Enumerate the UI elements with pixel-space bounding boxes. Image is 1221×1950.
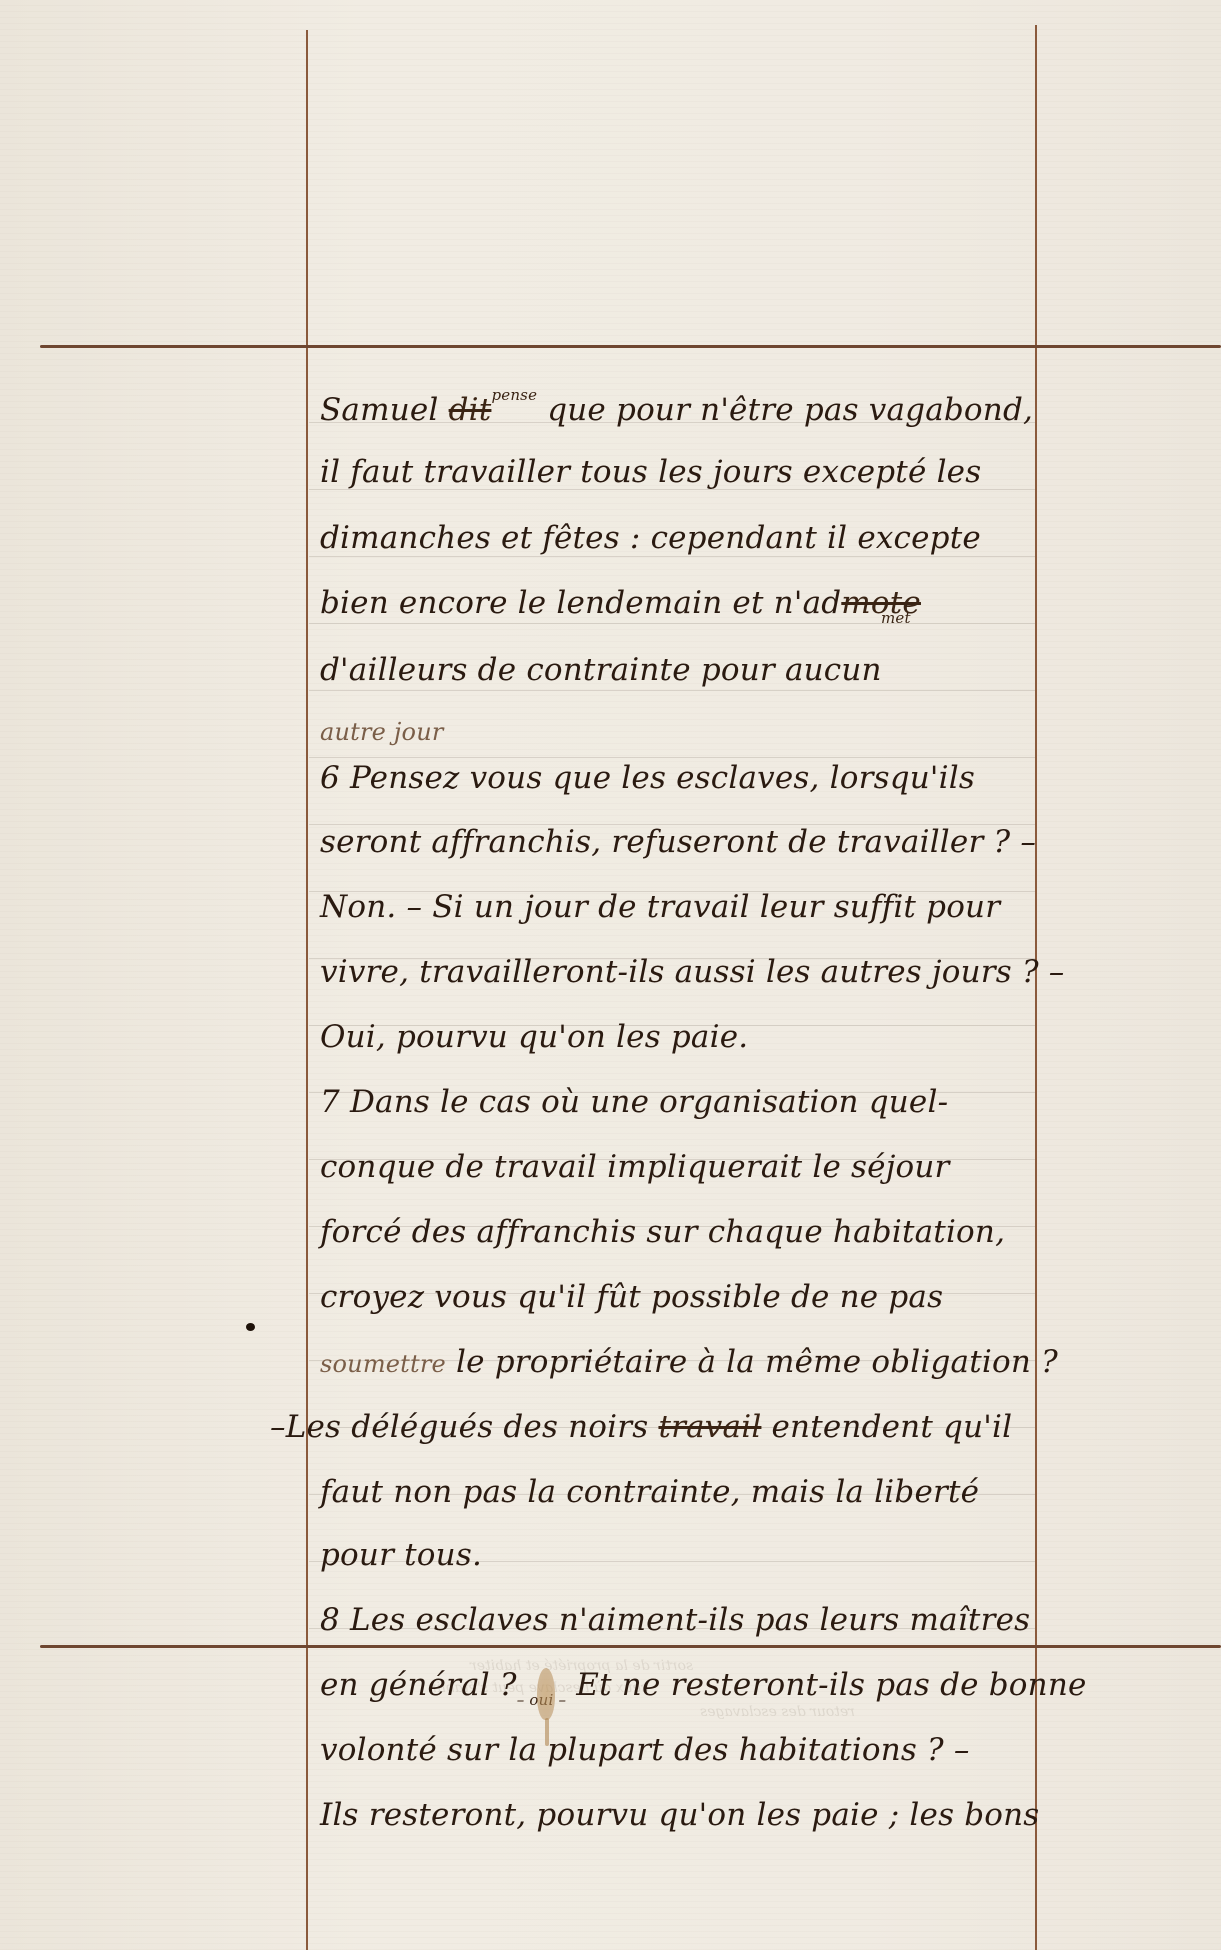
ink-dot bbox=[246, 1323, 255, 1331]
manuscript-line: soumettre le propriétaire à la même obli… bbox=[320, 1344, 1058, 1404]
ink-stain bbox=[537, 1668, 555, 1720]
manuscript-line: dimanches et fêtes : cependant il except… bbox=[320, 520, 981, 580]
manuscript-line: Oui, pourvu qu'on les paie. bbox=[320, 1019, 748, 1079]
left-column-rule bbox=[306, 30, 308, 1950]
interlinear-insertion: pense bbox=[491, 386, 537, 404]
struck-word: travail bbox=[658, 1409, 761, 1445]
manuscript-line: conque de travail impliquerait le séjour bbox=[320, 1149, 950, 1209]
manuscript-line: il faut travailler tous les jours except… bbox=[320, 454, 981, 514]
interlinear-insertion: met bbox=[881, 609, 911, 627]
manuscript-line: Ils resteront, pourvu qu'on les paie ; l… bbox=[320, 1797, 1039, 1857]
manuscript-line: forcé des affranchis sur chaque habitati… bbox=[320, 1214, 1005, 1274]
manuscript-line: Samuel ditpense que pour n'être pas vaga… bbox=[320, 392, 1033, 452]
manuscript-line: Non. – Si un jour de travail leur suffit… bbox=[320, 889, 1000, 949]
faint-addition: autre jour bbox=[320, 718, 444, 746]
manuscript-page: sortir de la propriété et habiter ceux o… bbox=[0, 0, 1221, 1950]
manuscript-line: volonté sur la plupart des habitations ?… bbox=[320, 1732, 970, 1792]
manuscript-line: pour tous. bbox=[320, 1537, 482, 1597]
margin-dash: – bbox=[270, 1409, 286, 1445]
manuscript-line: croyez vous qu'il fût possible de ne pas bbox=[320, 1279, 943, 1339]
manuscript-line: faut non pas la contrainte, mais la libe… bbox=[320, 1474, 979, 1534]
faint-addition: soumettre bbox=[320, 1350, 446, 1378]
ink-stain-drip bbox=[545, 1718, 549, 1746]
manuscript-line: bien encore le lendemain et n'admotemet bbox=[320, 585, 951, 645]
manuscript-line: vivre, travailleront-ils aussi les autre… bbox=[320, 954, 1065, 1014]
manuscript-line: en général ?– oui – Et ne resteront-ils … bbox=[320, 1667, 1087, 1727]
manuscript-line: –Les délégués des noirs travail entenden… bbox=[270, 1409, 1012, 1469]
struck-word: dit bbox=[449, 392, 492, 428]
manuscript-line: seront affranchis, refuseront de travail… bbox=[320, 824, 1036, 884]
manuscript-line: 7 Dans le cas où une organisation quel- bbox=[320, 1084, 948, 1144]
manuscript-line: 8 Les esclaves n'aiment-ils pas leurs ma… bbox=[320, 1602, 1030, 1662]
top-horizontal-rule bbox=[40, 345, 1221, 348]
manuscript-line: 6 Pensez vous que les esclaves, lorsqu'i… bbox=[320, 760, 975, 820]
manuscript-line: d'ailleurs de contrainte pour aucun bbox=[320, 652, 882, 712]
